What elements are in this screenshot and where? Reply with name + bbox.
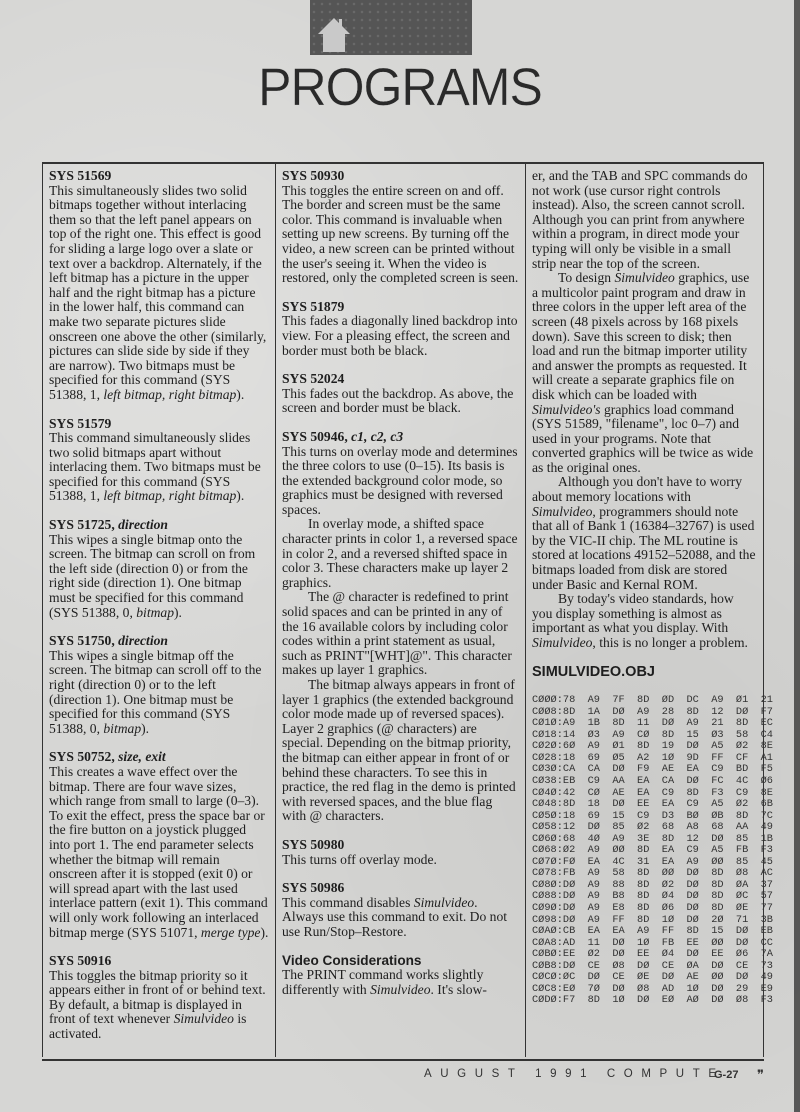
command-heading: SYS 51750, direction — [49, 634, 269, 649]
parameter: bitmap — [103, 721, 141, 736]
paragraph: The bitmap always appears in front of la… — [282, 678, 519, 824]
command-heading: SYS 51879 — [282, 300, 519, 315]
command-entry: SYS 50916This toggles the bitmap priorit… — [49, 954, 269, 1042]
section-header-block — [310, 0, 472, 55]
text: ). — [236, 387, 244, 402]
page-edge-shadow — [794, 0, 800, 1112]
command-entry: SYS 50980 This turns off overlay mode. — [282, 838, 519, 867]
hex-line: CØAØ:CB EA EA A9 FF 8D 15 DØ EB — [532, 926, 757, 938]
end-mark-icon: ❞ — [757, 1067, 764, 1083]
command-description: This command simultaneously slides two s… — [49, 431, 269, 504]
product-name: Simulvideo — [414, 895, 474, 910]
command-entry: SYS 51579This command simultaneously sli… — [49, 417, 269, 505]
video-considerations-section: Video Considerations The PRINT command w… — [282, 954, 519, 998]
text: ). — [236, 488, 244, 503]
column-2: SYS 50930 This toggles the entire screen… — [276, 162, 526, 1057]
command-entry: SYS 51725, directionThis wipes a single … — [49, 518, 269, 620]
command-name: SYS 51569 — [49, 168, 111, 183]
paragraph: By today's video standards, how you disp… — [532, 592, 757, 650]
command-args: c1, c2, c3 — [351, 429, 403, 444]
parameter: Simulvideo — [174, 1011, 234, 1026]
command-name: SYS 50752, — [49, 749, 118, 764]
command-heading: SYS 52024 — [282, 372, 519, 387]
command-entry: SYS 51569This simultaneously slides two … — [49, 169, 269, 403]
text: graphics, use a multicolor paint program… — [532, 270, 749, 402]
text: This command disables — [282, 895, 414, 910]
paragraph: This turns on overlay mode and determine… — [282, 445, 519, 518]
page-number: G-27 — [714, 1069, 738, 1081]
hex-line: CØ9Ø:DØ A9 E8 8D Ø6 DØ 8D ØE 77 — [532, 903, 757, 915]
parameter: left bitmap, right bitmap — [103, 387, 236, 402]
parameter: bitmap — [136, 605, 174, 620]
text: ). — [260, 925, 268, 940]
command-description: This turns off overlay mode. — [282, 853, 519, 868]
command-entry: SYS 52024 This fades out the backdrop. A… — [282, 372, 519, 416]
command-description: This toggles the bitmap priority so it a… — [49, 969, 269, 1042]
product-name: Simulvideo — [370, 982, 430, 997]
hex-line: CØDØ:F7 8D 1Ø DØ EØ AØ DØ Ø8 F3 — [532, 995, 757, 1007]
text: To design — [558, 270, 614, 285]
paragraph: In overlay mode, a shifted space charact… — [282, 517, 519, 590]
command-description: This simultaneously slides two solid bit… — [49, 184, 269, 403]
command-description: This creates a wave effect over the bitm… — [49, 765, 269, 940]
command-description: This wipes a single bitmap off the scree… — [49, 649, 269, 737]
command-entry: SYS 50946, c1, c2, c3 This turns on over… — [282, 430, 519, 824]
column-1: SYS 51569This simultaneously slides two … — [42, 162, 276, 1057]
command-args: direction — [118, 517, 168, 532]
command-name: SYS 50916 — [49, 953, 111, 968]
parameter: merge type — [201, 925, 261, 940]
text: ). — [174, 605, 182, 620]
command-description: This wipes a single bitmap onto the scre… — [49, 533, 269, 621]
command-heading: SYS 50946, c1, c2, c3 — [282, 430, 519, 445]
text: This creates a wave effect over the bitm… — [49, 764, 268, 940]
hex-line: CØ48:8D 18 DØ EE EA C9 A5 Ø2 6B — [532, 799, 757, 811]
command-heading: SYS 51579 — [49, 417, 269, 432]
command-entry: SYS 51750, directionThis wipes a single … — [49, 634, 269, 736]
hex-line: CØ38:EB C9 AA EA CA DØ FC 4C Ø6 — [532, 776, 757, 788]
command-heading: SYS 50916 — [49, 954, 269, 969]
command-name: SYS 50946, — [282, 429, 351, 444]
command-description: This fades out the backdrop. As above, t… — [282, 387, 519, 416]
paragraph: The PRINT command works slightly differe… — [282, 968, 519, 997]
command-entry: SYS 51879 This fades a diagonally lined … — [282, 300, 519, 358]
paragraph: The @ character is redefined to print so… — [282, 590, 519, 678]
command-name: SYS 51750, — [49, 633, 118, 648]
command-name: SYS 51725, — [49, 517, 118, 532]
command-heading: SYS 51725, direction — [49, 518, 269, 533]
command-args: size, exit — [118, 749, 166, 764]
command-entry: SYS 50986 This command disables Simulvid… — [282, 881, 519, 939]
text: , this is no longer a problem. — [592, 635, 748, 650]
product-name: Simulvideo — [532, 504, 592, 519]
text: ). — [141, 721, 149, 736]
section-title: PROGRAMS — [0, 57, 800, 118]
hex-listing: CØØØ:78 A9 7F 8D ØD DC A9 Ø1 21CØØ8:8D 1… — [532, 695, 757, 1007]
text: This simultaneously slides two solid bit… — [49, 183, 266, 402]
house-icon — [316, 16, 352, 52]
text: By today's video standards, how you disp… — [532, 591, 734, 635]
command-entry: SYS 50752, size, exitThis creates a wave… — [49, 750, 269, 940]
product-name: Simulvideo — [532, 635, 592, 650]
command-heading: SYS 50980 — [282, 838, 519, 853]
text: . It's slow- — [431, 982, 487, 997]
page-footer: AUGUST 1991 COMPUTE G-27 ❞ — [0, 1068, 800, 1084]
magazine-issue: AUGUST 1991 COMPUTE — [424, 1068, 725, 1080]
text: Although you don't have to worry about m… — [532, 474, 742, 504]
command-args: direction — [118, 633, 168, 648]
paragraph: To design Simulvideo graphics, use a mul… — [532, 271, 757, 475]
command-heading: SYS 50752, size, exit — [49, 750, 269, 765]
product-name: Simulvideo — [614, 270, 674, 285]
command-entry: SYS 50930 This toggles the entire screen… — [282, 169, 519, 286]
product-name: Simulvideo's — [532, 402, 601, 417]
command-name: SYS 51579 — [49, 416, 111, 431]
parameter: left bitmap, right bitmap — [103, 488, 236, 503]
subheading: Video Considerations — [282, 954, 519, 969]
column-3: er, and the TAB and SPC commands do not … — [526, 162, 764, 1057]
command-description: This toggles the entire screen on and of… — [282, 184, 519, 286]
command-heading: SYS 50930 — [282, 169, 519, 184]
text: This wipes a single bitmap off the scree… — [49, 648, 261, 736]
command-description: This fades a diagonally lined backdrop i… — [282, 314, 519, 358]
paragraph: Although you don't have to worry about m… — [532, 475, 757, 592]
hex-line: CØØØ:78 A9 7F 8D ØD DC A9 Ø1 21 — [532, 695, 757, 707]
listing-title: SIMULVIDEO.OBJ — [532, 665, 757, 680]
command-heading: SYS 50986 — [282, 881, 519, 896]
command-heading: SYS 51569 — [49, 169, 269, 184]
paragraph: er, and the TAB and SPC commands do not … — [532, 169, 757, 271]
command-description: This command disables Simulvideo. Always… — [282, 896, 519, 940]
